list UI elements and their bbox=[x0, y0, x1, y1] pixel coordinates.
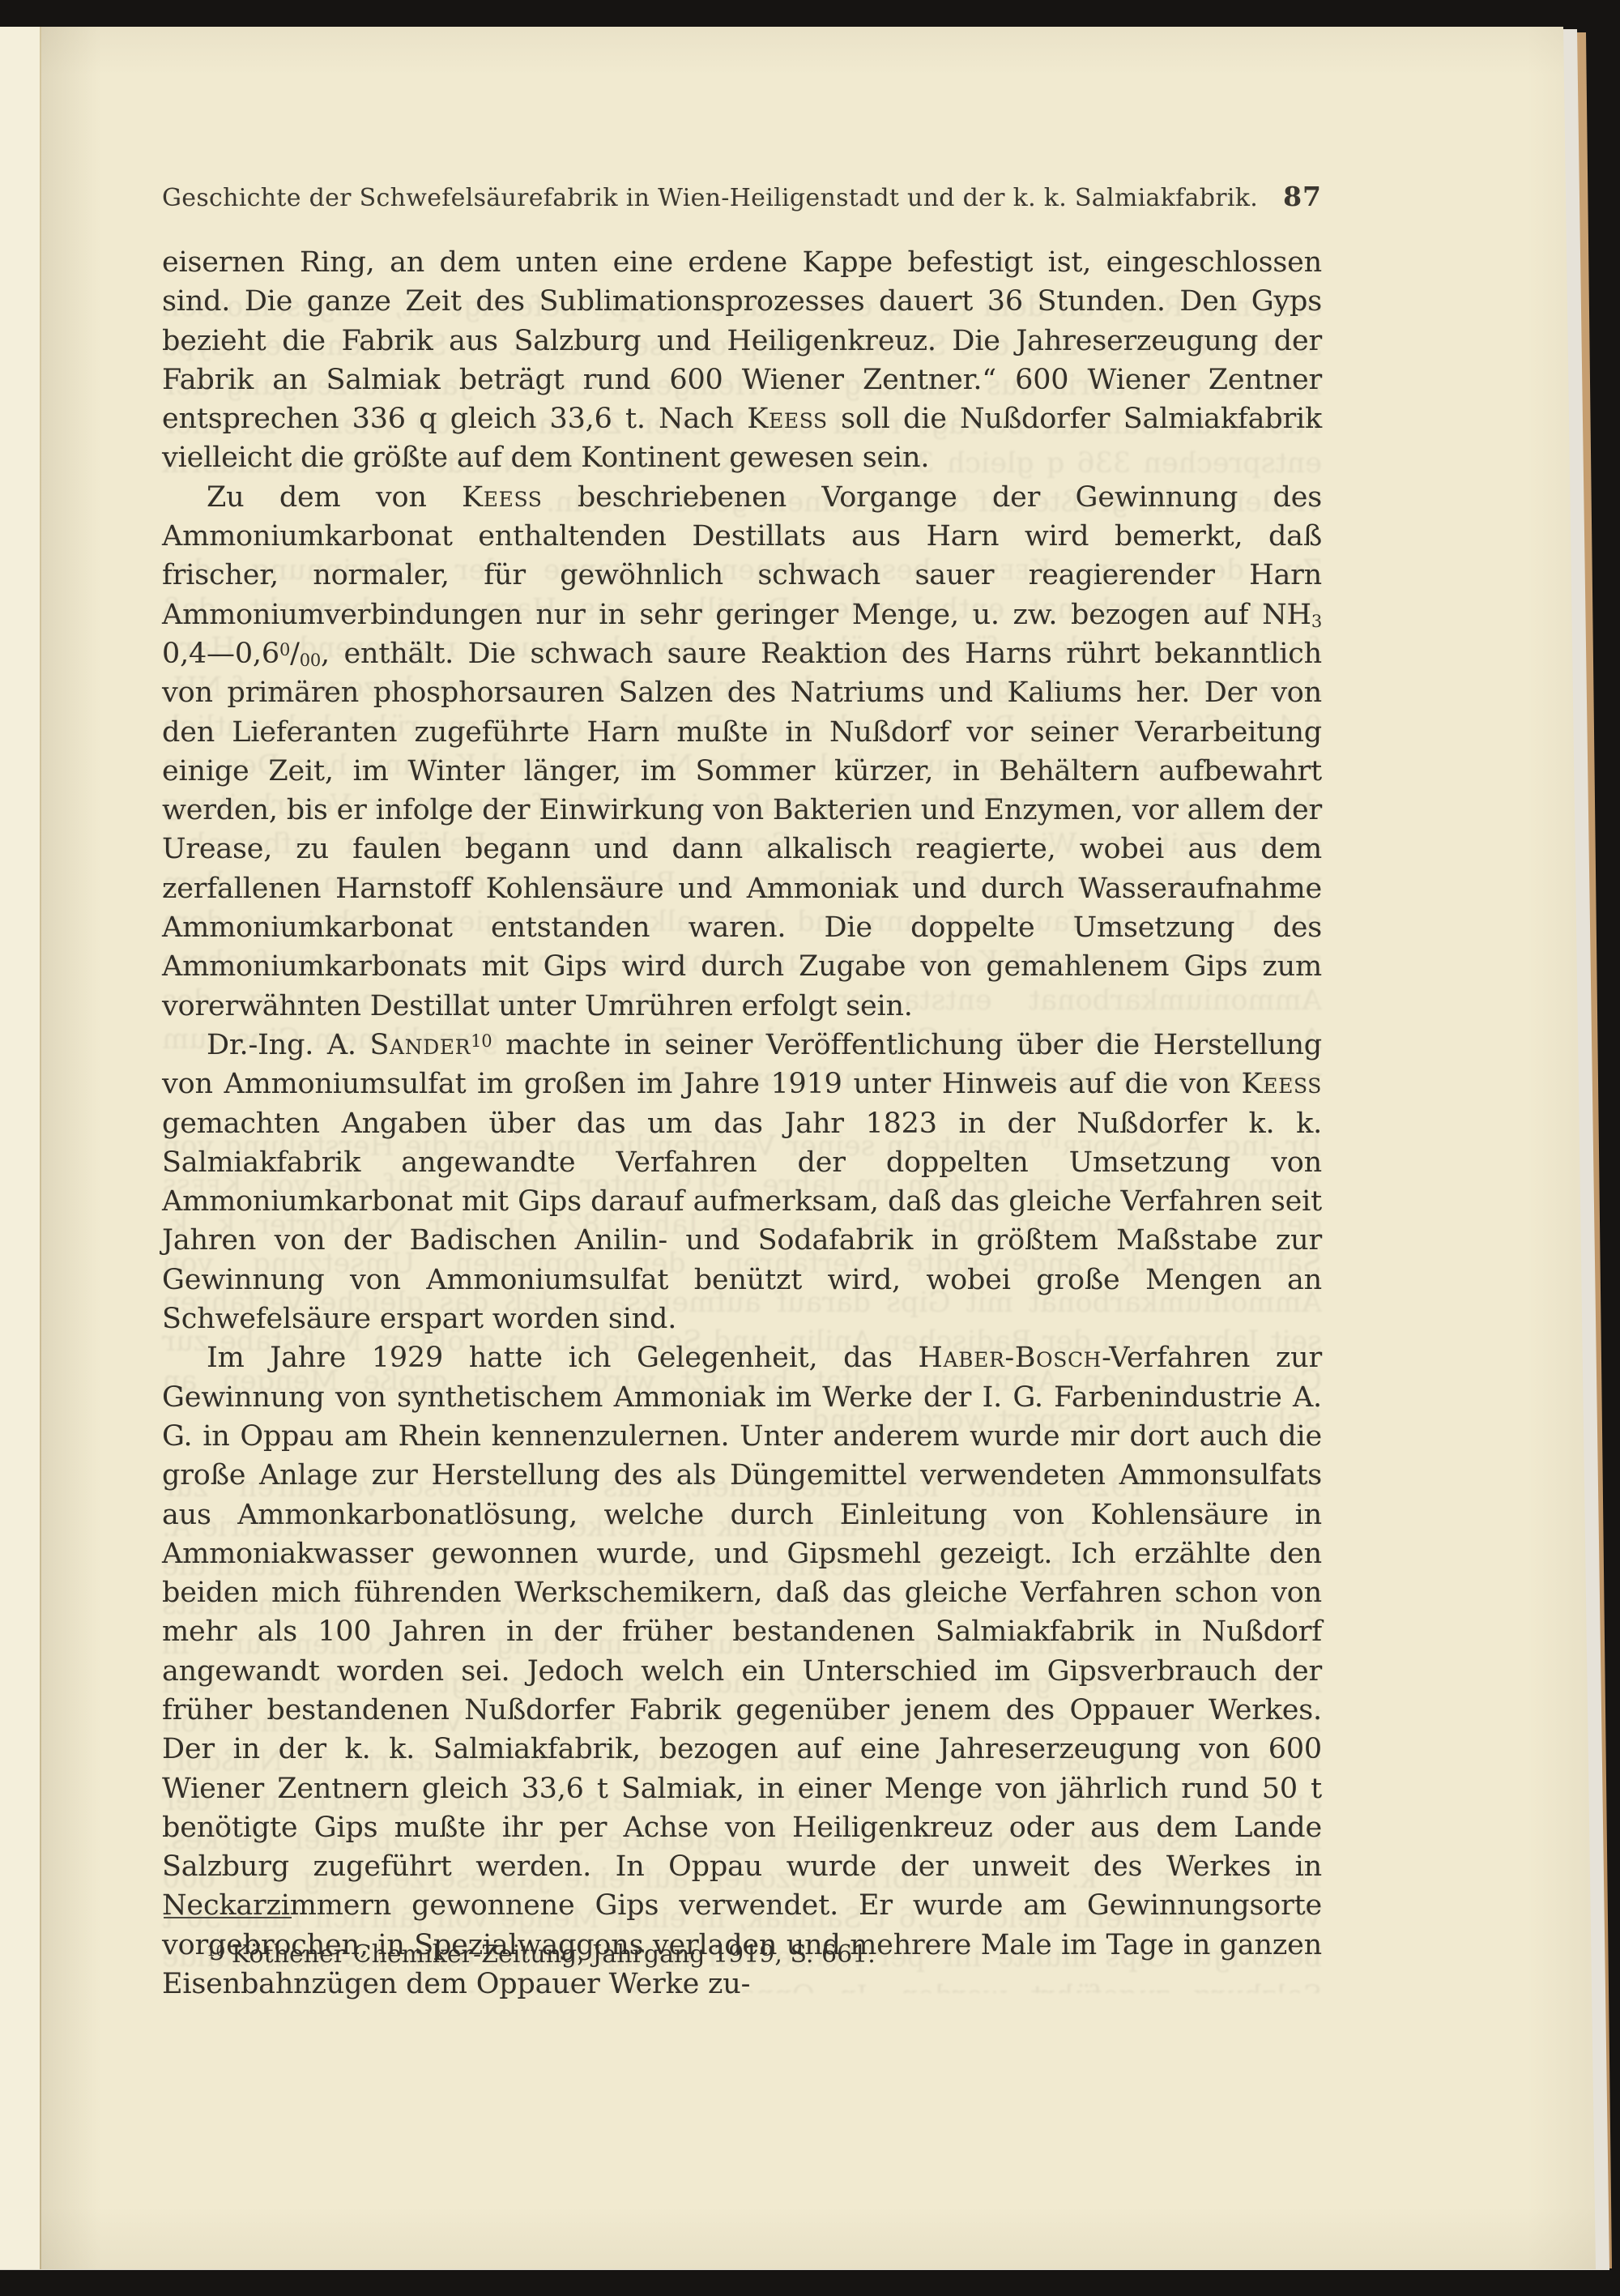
footnote-rule bbox=[164, 1917, 292, 1918]
running-header: Geschichte der Schwefelsäurefabrik in Wi… bbox=[162, 181, 1322, 212]
paragraph: eisernen Ring, an dem unten eine erdene … bbox=[162, 243, 1322, 478]
paragraph: Dr.-Ing. A. Sander10 machte in seiner Ve… bbox=[162, 1026, 1322, 1338]
running-header-title: Geschichte der Schwefelsäurefabrik in Wi… bbox=[162, 184, 1258, 212]
gutter-page-strip bbox=[0, 27, 40, 2269]
page-content: Geschichte der Schwefelsäurefabrik in Wi… bbox=[162, 27, 1322, 2269]
gutter-shadow bbox=[41, 27, 98, 2269]
book-page: eisernen Ring, an dem unten eine erdene … bbox=[0, 27, 1600, 2269]
footnote: 10Köthener Chemiker-Zeitung, Jahrgang 19… bbox=[162, 1940, 1322, 1969]
paragraph: Zu dem von Keess beschriebenen Vorgange … bbox=[162, 478, 1322, 1026]
paragraph: Im Jahre 1929 hatte ich Gelegenheit, das… bbox=[162, 1338, 1322, 2004]
page-number: 87 bbox=[1283, 181, 1322, 212]
book-scan: eisernen Ring, an dem unten eine erdene … bbox=[0, 0, 1620, 2296]
footnote-marker: 10 bbox=[207, 1943, 225, 1960]
footnote-text: Köthener Chemiker-Zeitung, Jahrgang 1919… bbox=[232, 1940, 876, 1969]
body-text: eisernen Ring, an dem unten eine erdene … bbox=[162, 243, 1322, 2004]
